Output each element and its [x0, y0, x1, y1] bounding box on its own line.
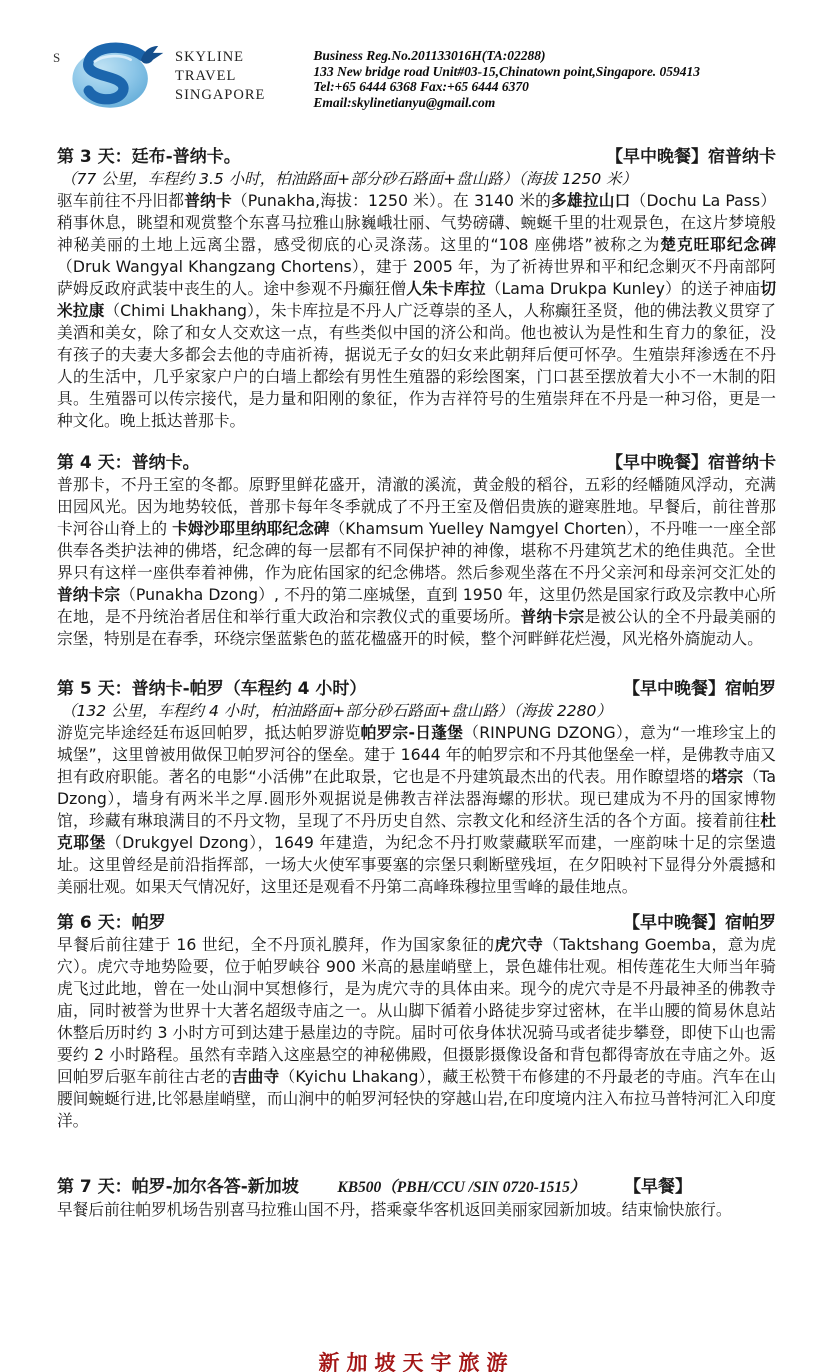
day-meal-lodging: 【早餐】 [624, 1176, 692, 1198]
email-line: Email:skylinetianyu@gmail.com [313, 95, 700, 111]
days: 第 3 天：廷布-普纳卡。 【早中晚餐】宿普纳卡 （77 公里，车程约 3.5 … [57, 146, 776, 1221]
logo-line-3: SINGAPORE [175, 86, 265, 105]
day-section: 第 7 天：帕罗-加尔各答-新加坡 KB500（PBH/CCU /SIN 072… [57, 1176, 776, 1221]
day-meal-lodging: 【早中晚餐】宿普纳卡 [606, 452, 776, 474]
day-heading-row: 第 4 天：普纳卡。 【早中晚餐】宿普纳卡 [57, 452, 776, 474]
tel-fax-line: Tel:+65 6444 6368 Fax:+65 6444 6370 [313, 79, 700, 95]
logo-line-2: TRAVEL [175, 67, 265, 86]
logo-wordmark: SKYLINE TRAVEL SINGAPORE [175, 48, 265, 105]
day-meal-lodging: 【早中晚餐】宿帕罗 [623, 678, 776, 700]
day-heading-row: 第 6 天：帕罗 【早中晚餐】宿帕罗 [57, 912, 776, 934]
day-heading-row: 第 5 天：普纳卡-帕罗（车程约 4 小时） 【早中晚餐】宿帕罗 [57, 678, 776, 700]
day-description: 驱车前往不丹旧都普纳卡（Punakha,海拔：1250 米）。在 3140 米的… [57, 190, 776, 432]
edge-mark: S [53, 50, 60, 66]
business-reg-line: Business Reg.No.201133016H(TA:02288) [313, 48, 700, 64]
day-section: 第 5 天：普纳卡-帕罗（车程约 4 小时） 【早中晚餐】宿帕罗 （132 公里… [57, 678, 776, 898]
skyline-logo: SKYLINE TRAVEL SINGAPORE [69, 38, 265, 114]
address-line: 133 New bridge road Unit#03-15,Chinatown… [313, 64, 700, 80]
page-footer: 新加坡天宇旅游 [0, 1347, 833, 1372]
day-route-note: （132 公里，车程约 4 小时，柏油路面+部分砂石路面+盘山路）（海拔 228… [57, 700, 776, 722]
day-title: 第 4 天：普纳卡。 [57, 452, 200, 474]
day-section: 第 3 天：廷布-普纳卡。 【早中晚餐】宿普纳卡 （77 公里，车程约 3.5 … [57, 146, 776, 432]
day-section: 第 4 天：普纳卡。 【早中晚餐】宿普纳卡 普那卡，不丹王室的冬都。原野里鲜花盛… [57, 452, 776, 650]
itinerary-page: S SKYLINE TRAVEL SINGAPORE [0, 0, 833, 1372]
day-title: 第 6 天：帕罗 [57, 912, 166, 934]
day-description: 普那卡，不丹王室的冬都。原野里鲜花盛开，清澈的溪流，黄金般的稻谷，五彩的经幡随风… [57, 474, 776, 650]
day-section: 第 6 天：帕罗 【早中晚餐】宿帕罗 早餐后前往建于 16 世纪，全不丹顶礼膜拜… [57, 912, 776, 1132]
day-meal-lodging: 【早中晚餐】宿帕罗 [623, 912, 776, 934]
day-title: 第 7 天：帕罗-加尔各答-新加坡 [57, 1176, 299, 1198]
day-flight-info: KB500（PBH/CCU /SIN 0720-1515） [299, 1177, 624, 1199]
footer-brand: 新加坡天宇旅游 [319, 1347, 515, 1372]
day-meal-lodging: 【早中晚餐】宿普纳卡 [606, 146, 776, 168]
logo-line-1: SKYLINE [175, 48, 265, 67]
company-contact: Business Reg.No.201133016H(TA:02288) 133… [313, 48, 700, 110]
dragon-s-logo-icon [69, 38, 165, 114]
day-route-note: （77 公里，车程约 3.5 小时，柏油路面+部分砂石路面+盘山路）（海拔 12… [57, 168, 776, 190]
page-header: S SKYLINE TRAVEL SINGAPORE [57, 38, 776, 130]
day-description: 早餐后前往建于 16 世纪，全不丹顶礼膜拜，作为国家象征的虎穴寺（Taktsha… [57, 934, 776, 1132]
day-description: 游览完毕途经廷布返回帕罗，抵达帕罗游览帕罗宗-日蓬堡（RINPUNG DZONG… [57, 722, 776, 898]
day-title: 第 5 天：普纳卡-帕罗（车程约 4 小时） [57, 678, 366, 700]
day-heading-row: 第 7 天：帕罗-加尔各答-新加坡 KB500（PBH/CCU /SIN 072… [57, 1176, 776, 1199]
day-title: 第 3 天：廷布-普纳卡。 [57, 146, 241, 168]
day-heading-row: 第 3 天：廷布-普纳卡。 【早中晚餐】宿普纳卡 [57, 146, 776, 168]
day-description: 早餐后前往帕罗机场告别喜马拉雅山国不丹，搭乘豪华客机返回美丽家园新加坡。结束愉快… [57, 1199, 776, 1221]
